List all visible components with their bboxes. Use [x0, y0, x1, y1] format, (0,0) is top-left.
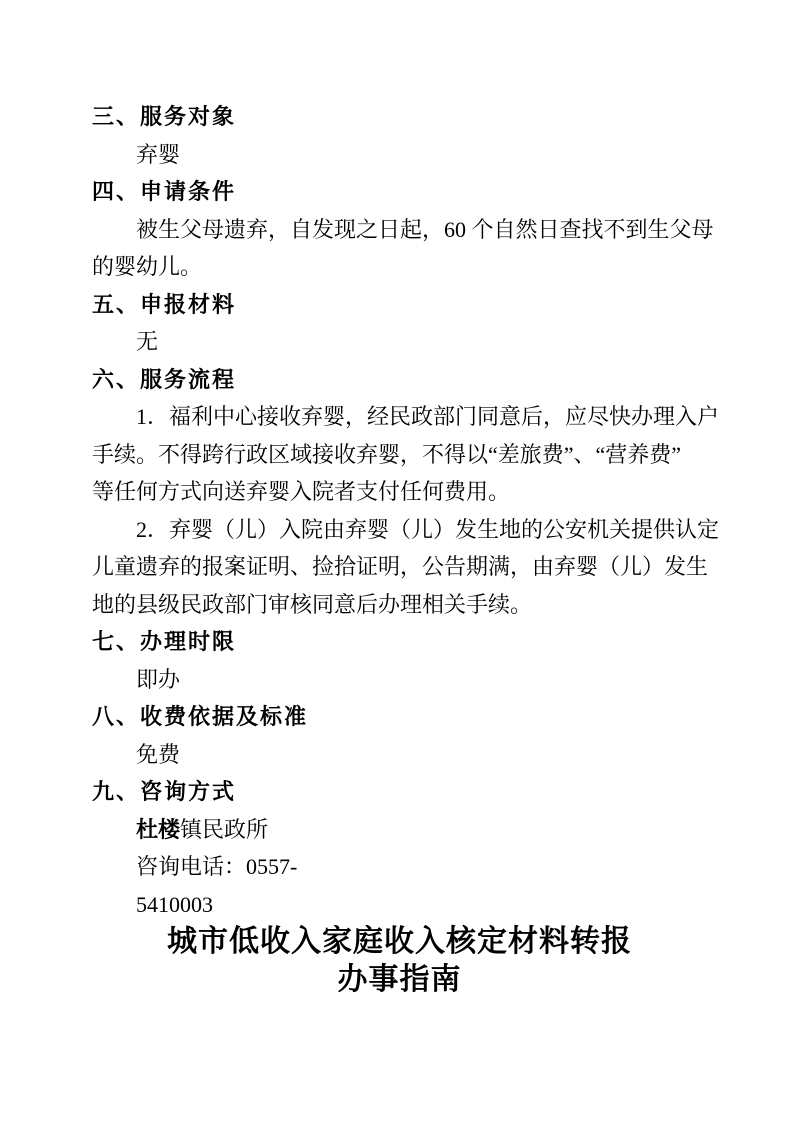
flow-step1-line: 等任何方式向送弃婴入院者支付任何费用。: [92, 473, 707, 511]
apply-condition-line: 的婴幼儿。: [92, 248, 707, 286]
flow-step1-line: 手续。不得跨行政区域接收弃婴，不得以“差旅费”、“营养费”: [92, 436, 707, 474]
consult-office-line: 杜楼镇民政所: [92, 811, 707, 849]
next-guide-title-line2: 办事指南: [92, 961, 707, 999]
service-object-value: 弃婴: [92, 136, 707, 174]
heading-service-object: 三、服务对象: [92, 98, 707, 136]
consult-office-name-rest: 镇民政所: [180, 817, 268, 842]
heading-consult-method: 九、咨询方式: [92, 773, 707, 811]
flow-step1-line: 1．福利中心接收弃婴，经民政部门同意后，应尽快办理入户: [92, 398, 707, 436]
consult-office-name-bold: 杜楼: [136, 817, 180, 842]
flow-step2-line: 2．弃婴（儿）入院由弃婴（儿）发生地的公安机关提供认定: [92, 511, 707, 549]
consult-phone-line: 5410003: [92, 886, 707, 924]
heading-apply-condition: 四、申请条件: [92, 173, 707, 211]
declare-materials-value: 无: [92, 323, 707, 361]
flow-step2-line: 地的县级民政部门审核同意后办理相关手续。: [92, 586, 707, 624]
heading-declare-materials: 五、申报材料: [92, 286, 707, 324]
flow-step2-line: 儿童遗弃的报案证明、捡拾证明，公告期满，由弃婴（儿）发生: [92, 548, 707, 586]
heading-service-flow: 六、服务流程: [92, 361, 707, 399]
heading-fee-basis: 八、收费依据及标准: [92, 698, 707, 736]
heading-time-limit: 七、办理时限: [92, 623, 707, 661]
apply-condition-line: 被生父母遗弃，自发现之日起，60 个自然日查找不到生父母: [92, 211, 707, 249]
document-page: 三、服务对象 弃婴 四、申请条件 被生父母遗弃，自发现之日起，60 个自然日查找…: [0, 0, 793, 1122]
next-guide-title-line1: 城市低收入家庭收入核定材料转报: [92, 923, 707, 961]
fee-value: 免费: [92, 736, 707, 774]
consult-phone-line: 咨询电话：0557-: [92, 848, 707, 886]
time-limit-value: 即办: [92, 661, 707, 699]
